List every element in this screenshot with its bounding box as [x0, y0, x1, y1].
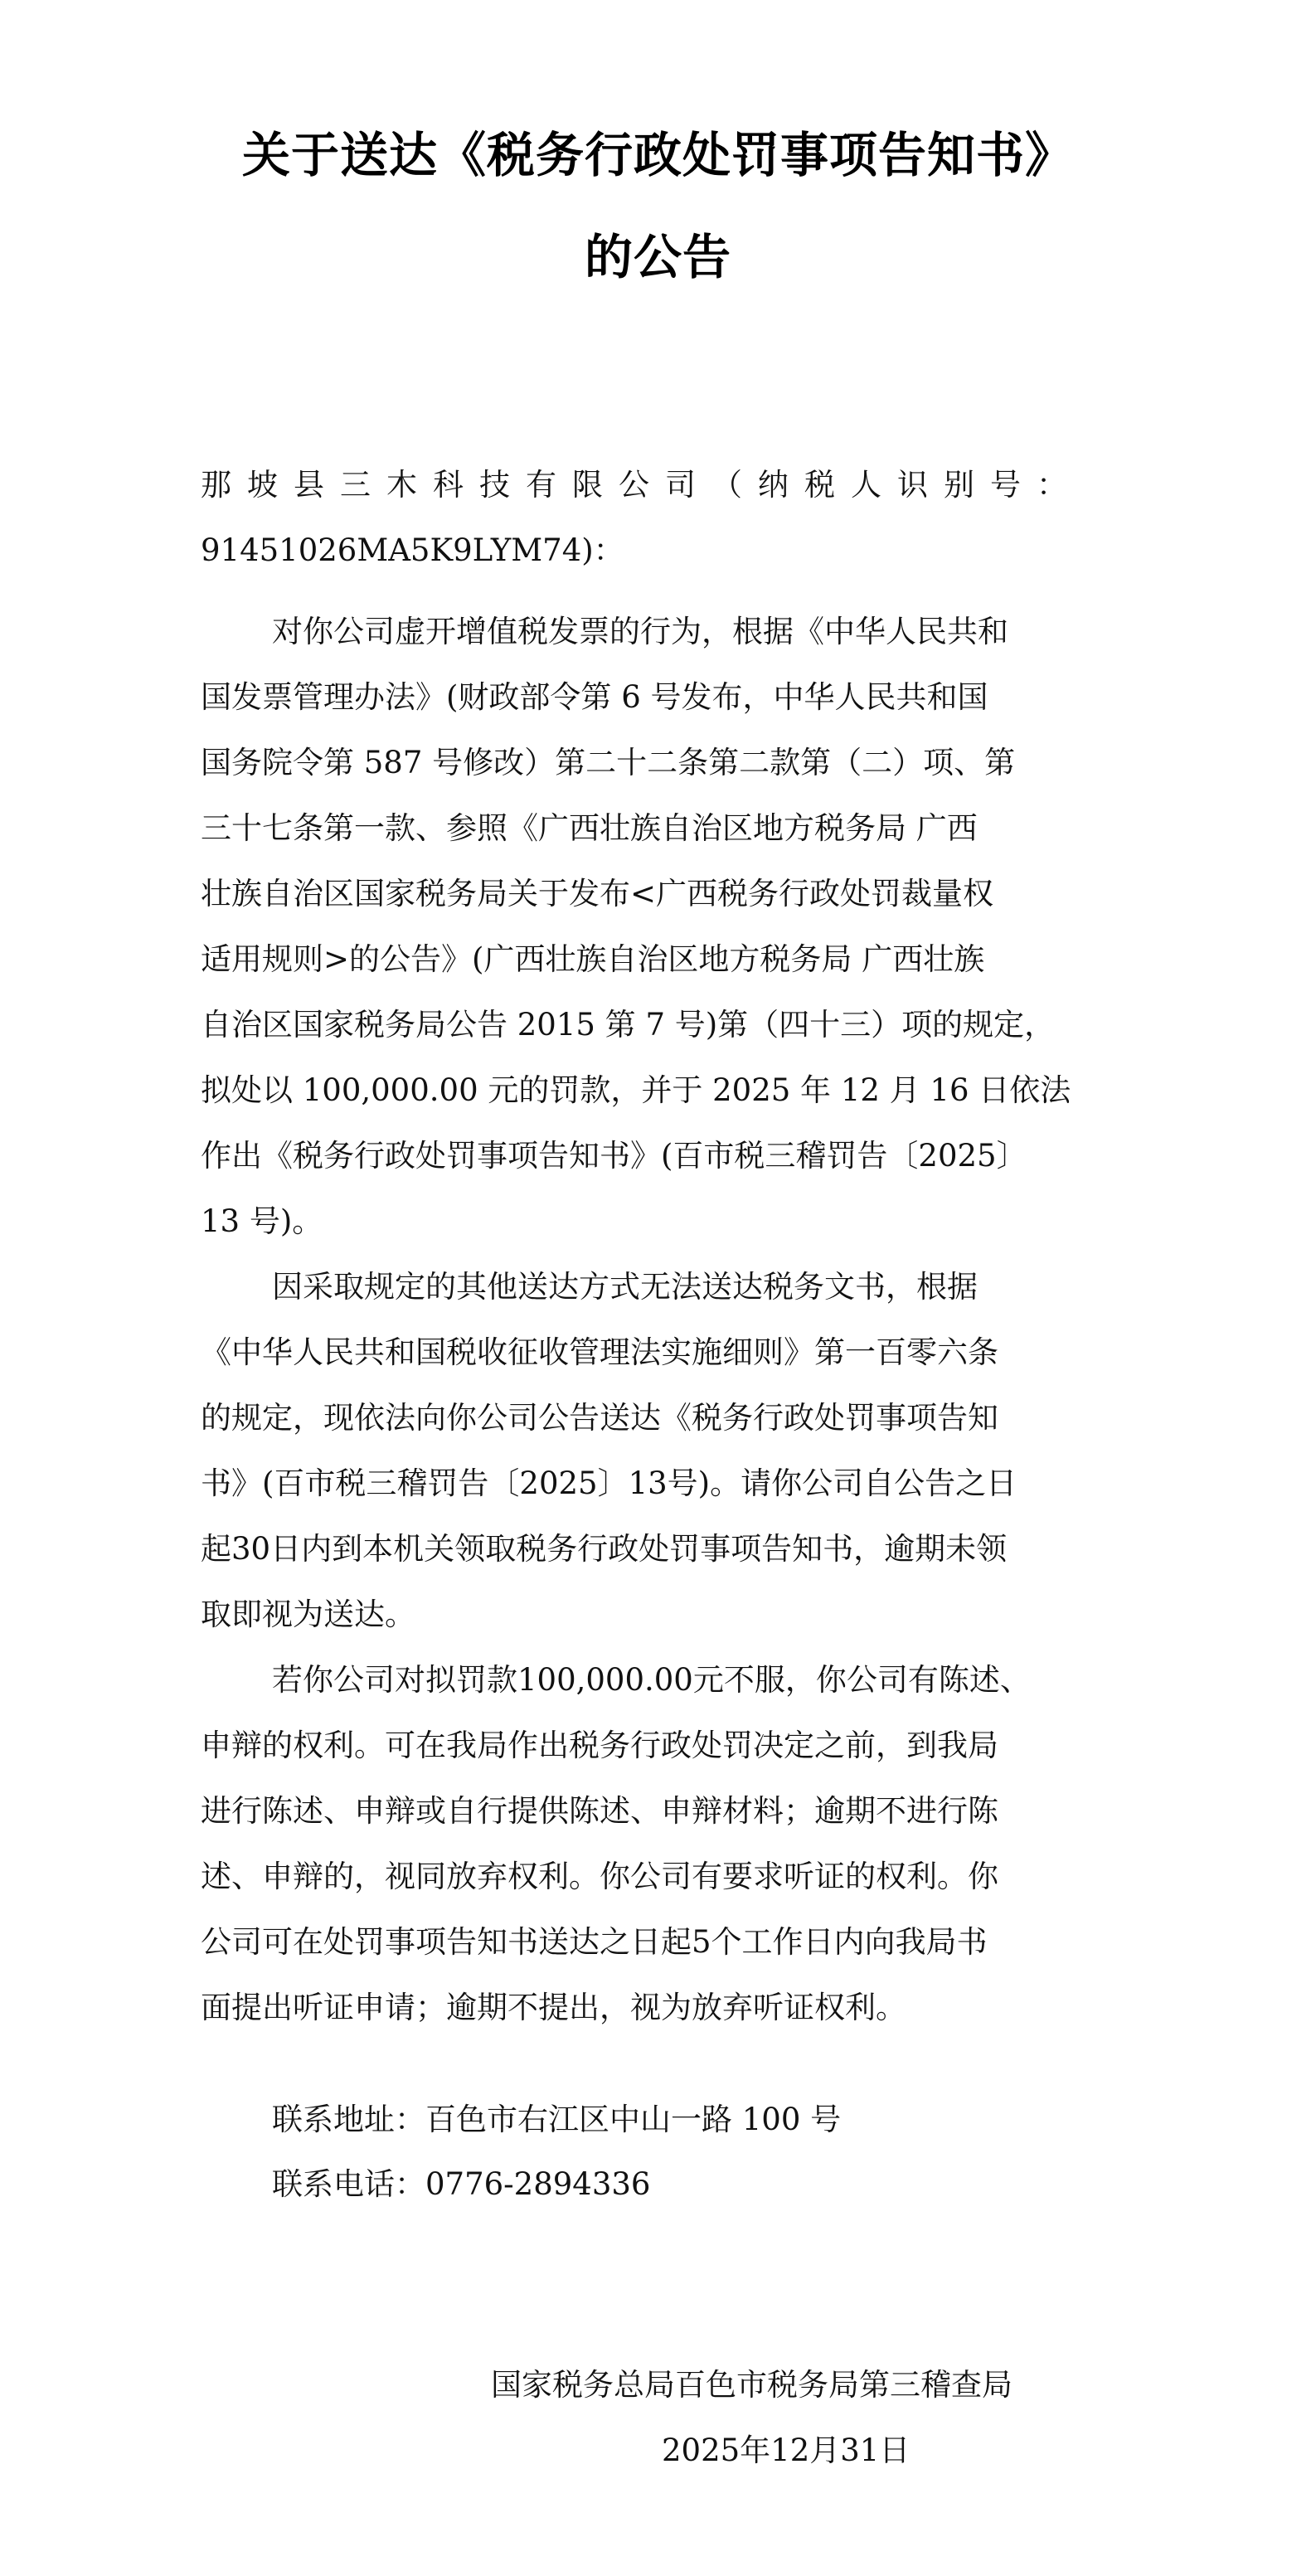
document-page: 关于送达《税务行政处罚事项告知书》 的公告 那坡县三木科技有限公司（纳税人识别号…: [0, 0, 1316, 2576]
addressee-line2: 91451026MA5K9LYM74)：: [201, 518, 1121, 583]
paragraph-line: 述、申辩的，视同放弃权利。你公司有要求听证的权利。你: [201, 1844, 1121, 1909]
paragraph-line: 进行陈述、申辩或自行提供陈述、申辩材料；逾期不进行陈: [201, 1778, 1121, 1844]
paragraph-line: 起30日内到本机关领取税务行政处罚事项告知书，逾期未领: [201, 1516, 1121, 1582]
issue-date: 2025年12月31日: [662, 2418, 910, 2483]
paragraph-2: 因采取规定的其他送达方式无法送达税务文书，根据 《中华人民共和国税收征收管理法实…: [201, 1254, 1121, 1647]
paragraph-line: 国务院令第 587 号修改）第二十二条第二款第（二）项、第: [201, 730, 1121, 795]
addressee: 那坡县三木科技有限公司（纳税人识别号： 91451026MA5K9LYM74)：: [201, 452, 1121, 583]
paragraph-1: 对你公司虚开增值税发票的行为，根据《中华人民共和 国发票管理办法》(财政部令第 …: [201, 599, 1121, 1254]
paragraph-line: 适用规则>的公告》(广西壮族自治区地方税务局 广西壮族: [201, 926, 1121, 992]
document-title-line2: 的公告: [0, 228, 1316, 286]
paragraph-line: 《中华人民共和国税收征收管理法实施细则》第一百零六条: [201, 1320, 1121, 1385]
contact-phone: 联系电话：0776-2894336: [272, 2151, 650, 2217]
paragraph-line: 取即视为送达。: [201, 1582, 1121, 1647]
paragraph-line: 国发票管理办法》(财政部令第 6 号发布，中华人民共和国: [201, 664, 1121, 730]
paragraph-line: 书》(百市税三稽罚告〔2025〕13号)。请你公司自公告之日: [201, 1451, 1121, 1516]
paragraph-3: 若你公司对拟罚款100,000.00元不服，你公司有陈述、 申辩的权利。可在我局…: [201, 1647, 1121, 2040]
issuing-organization: 国家税务总局百色市税务局第三稽查局: [491, 2352, 1012, 2418]
paragraph-line: 公司可在处罚事项告知书送达之日起5个工作日内向我局书: [201, 1909, 1121, 1975]
paragraph-line: 作出《税务行政处罚事项告知书》(百市税三稽罚告〔2025〕: [201, 1123, 1121, 1188]
addressee-line1: 那坡县三木科技有限公司（纳税人识别号：: [201, 452, 1121, 518]
paragraph-line: 因采取规定的其他送达方式无法送达税务文书，根据: [201, 1254, 1121, 1320]
paragraph-line: 壮族自治区国家税务局关于发布<广西税务行政处罚裁量权: [201, 861, 1121, 926]
contact-address: 联系地址：百色市右江区中山一路 100 号: [272, 2087, 841, 2152]
paragraph-line: 若你公司对拟罚款100,000.00元不服，你公司有陈述、: [201, 1647, 1121, 1713]
paragraph-line: 三十七条第一款、参照《广西壮族自治区地方税务局 广西: [201, 795, 1121, 861]
paragraph-line: 面提出听证申请；逾期不提出，视为放弃听证权利。: [201, 1975, 1121, 2040]
document-title-line1: 关于送达《税务行政处罚事项告知书》: [0, 126, 1316, 184]
paragraph-line: 13 号)。: [201, 1188, 1121, 1254]
paragraph-line: 拟处以 100,000.00 元的罚款，并于 2025 年 12 月 16 日依…: [201, 1057, 1121, 1123]
paragraph-line: 申辩的权利。可在我局作出税务行政处罚决定之前，到我局: [201, 1713, 1121, 1778]
paragraph-line: 自治区国家税务局公告 2015 第 7 号)第（四十三）项的规定，: [201, 992, 1121, 1057]
paragraph-line: 的规定，现依法向你公司公告送达《税务行政处罚事项告知: [201, 1385, 1121, 1451]
paragraph-line: 对你公司虚开增值税发票的行为，根据《中华人民共和: [201, 599, 1121, 664]
